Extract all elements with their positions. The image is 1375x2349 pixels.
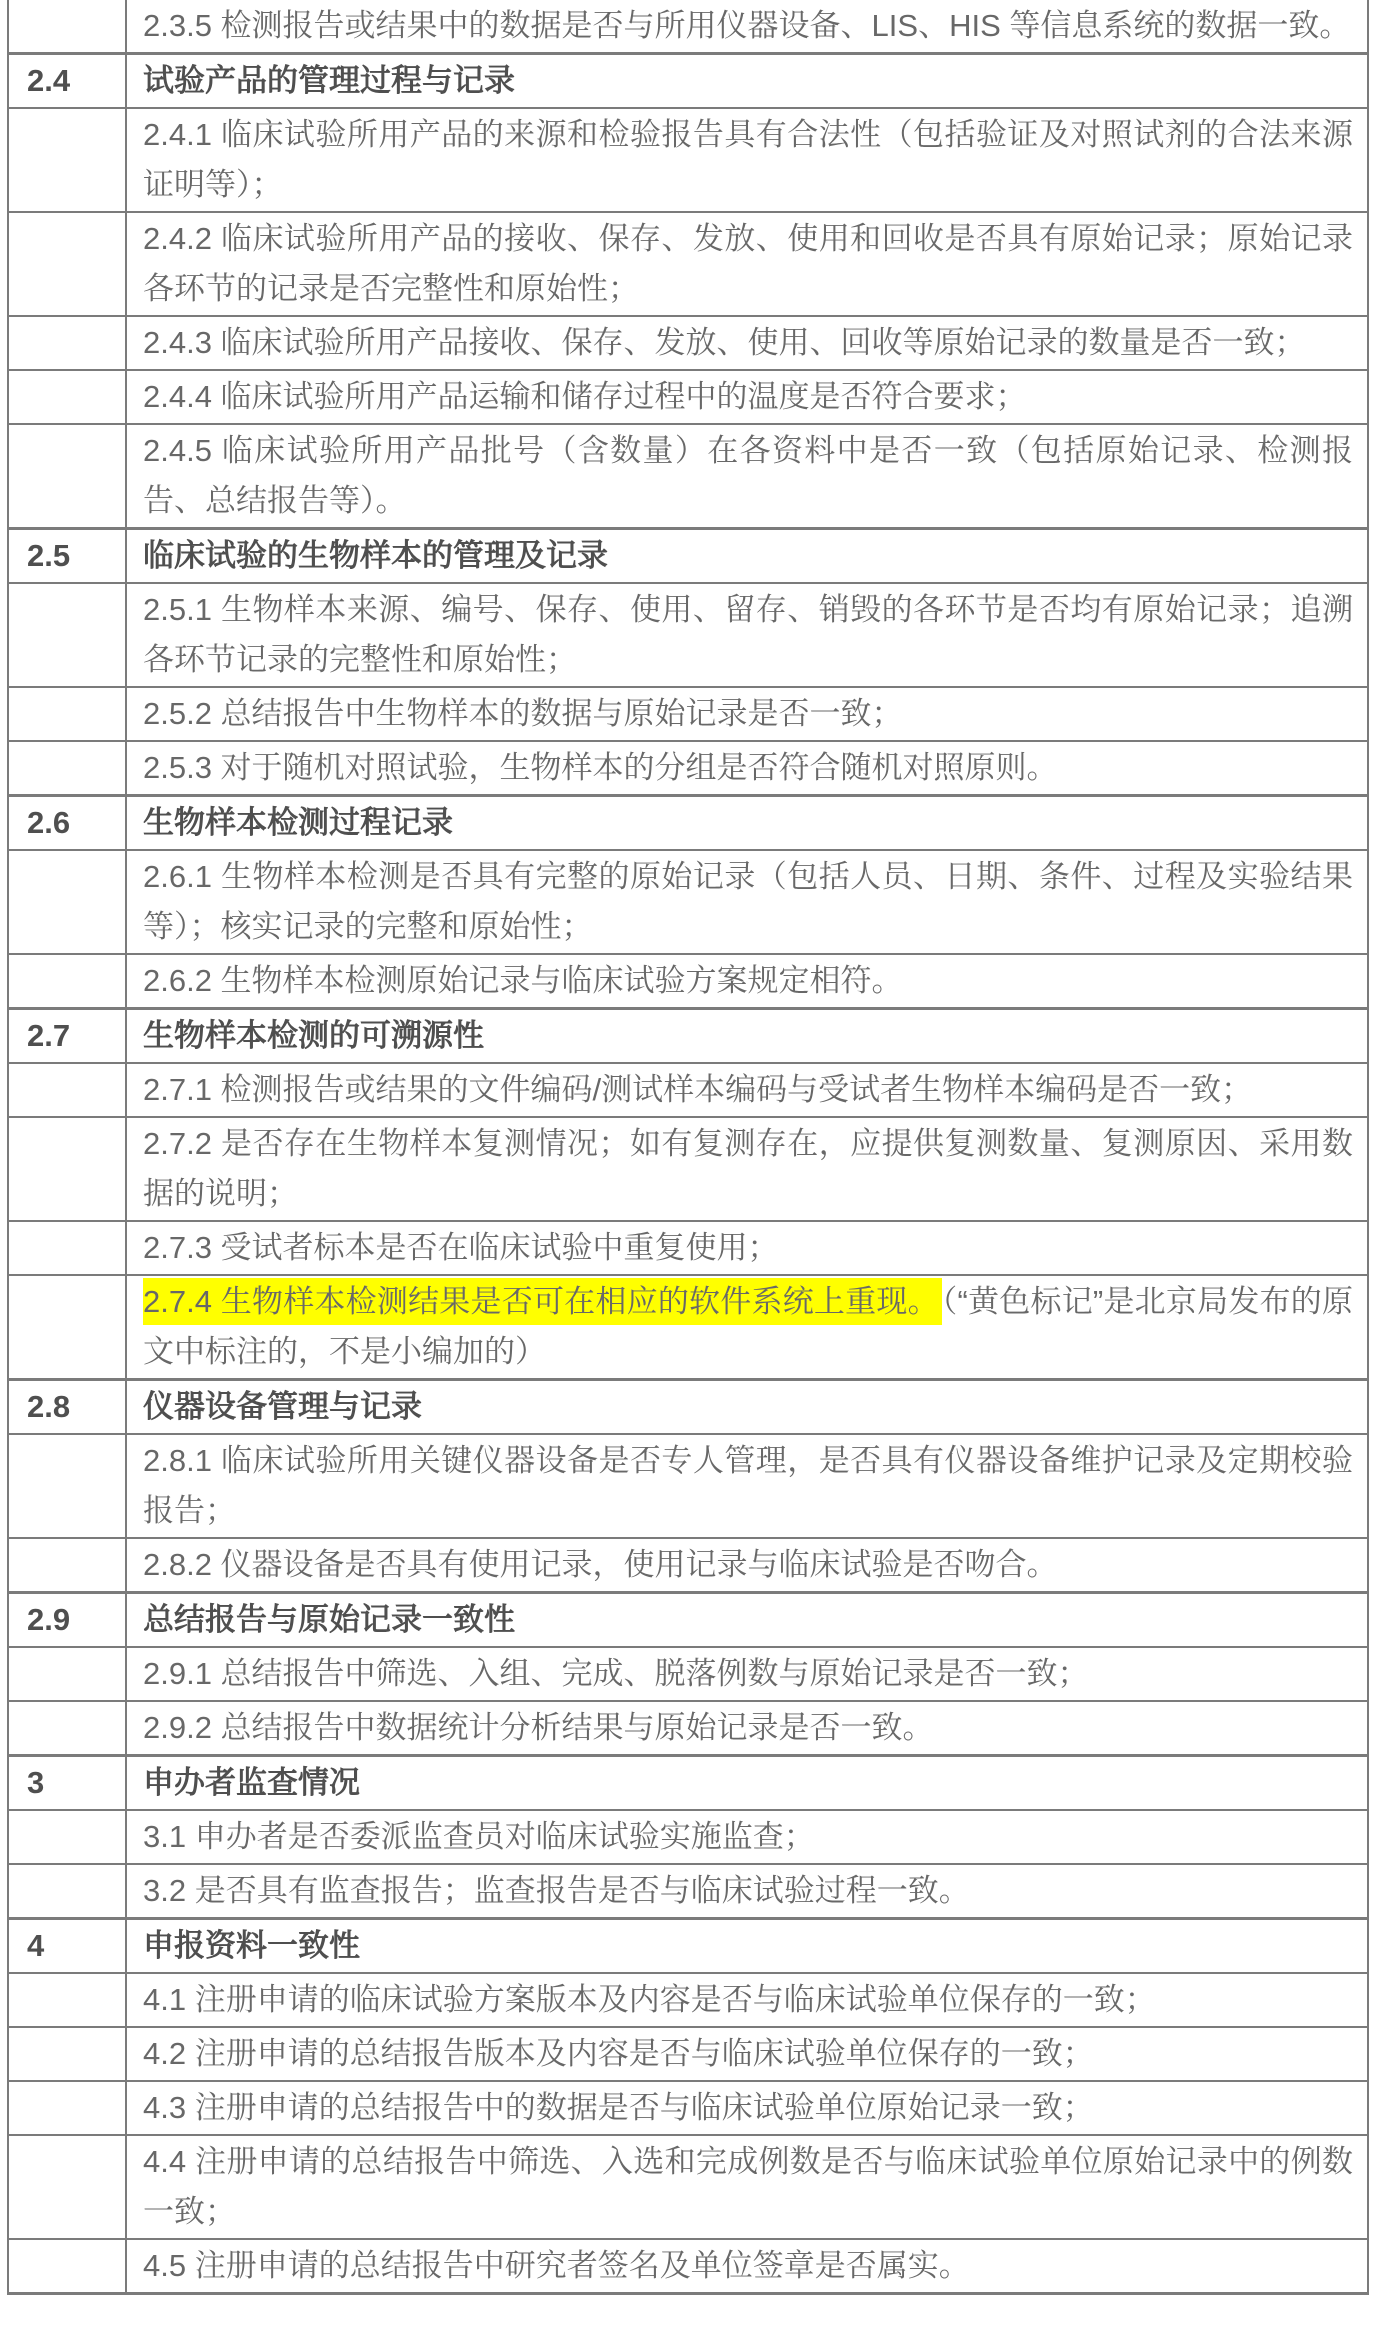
row-number-cell bbox=[8, 1063, 126, 1117]
item-row-4-1: 4.1 注册申请的临床试验方案版本及内容是否与临床试验单位保存的一致； bbox=[8, 1973, 1368, 2027]
row-content-cell: 2.4.3 临床试验所用产品接收、保存、发放、使用、回收等原始记录的数量是否一致… bbox=[126, 316, 1368, 370]
item-row-4-2: 4.2 注册申请的总结报告版本及内容是否与临床试验单位保存的一致； bbox=[8, 2027, 1368, 2081]
row-content-cell: 2.3.5 检测报告或结果中的数据是否与所用仪器设备、LIS、HIS 等信息系统… bbox=[126, 0, 1368, 54]
row-number-cell bbox=[8, 1275, 126, 1380]
section-row-2-4: 2.4 试验产品的管理过程与记录 bbox=[8, 54, 1368, 109]
item-row-2-4-3: 2.4.3 临床试验所用产品接收、保存、发放、使用、回收等原始记录的数量是否一致… bbox=[8, 316, 1368, 370]
row-number-cell bbox=[8, 2239, 126, 2294]
row-number-cell: 3 bbox=[8, 1756, 126, 1811]
row-content-cell: 4.1 注册申请的临床试验方案版本及内容是否与临床试验单位保存的一致； bbox=[126, 1973, 1368, 2027]
item-row-2-5-3: 2.5.3 对于随机对照试验，生物样本的分组是否符合随机对照原则。 bbox=[8, 741, 1368, 796]
section-row-4: 4 申报资料一致性 bbox=[8, 1919, 1368, 1974]
row-content-cell: 2.9.2 总结报告中数据统计分析结果与原始记录是否一致。 bbox=[126, 1701, 1368, 1756]
item-row-3-1: 3.1 申办者是否委派监查员对临床试验实施监查； bbox=[8, 1810, 1368, 1864]
row-number-cell bbox=[8, 1434, 126, 1538]
row-number-cell bbox=[8, 687, 126, 741]
row-content-cell: 2.7.1 检测报告或结果的文件编码/测试样本编码与受试者生物样本编码是否一致； bbox=[126, 1063, 1368, 1117]
item-row-2-5-1: 2.5.1 生物样本来源、编号、保存、使用、留存、销毁的各环节是否均有原始记录；… bbox=[8, 583, 1368, 687]
item-row-2-9-2: 2.9.2 总结报告中数据统计分析结果与原始记录是否一致。 bbox=[8, 1701, 1368, 1756]
row-content-cell: 2.5.1 生物样本来源、编号、保存、使用、留存、销毁的各环节是否均有原始记录；… bbox=[126, 583, 1368, 687]
section-title: 生物样本检测的可溯源性 bbox=[126, 1009, 1368, 1064]
row-number-cell bbox=[8, 2027, 126, 2081]
row-number-cell bbox=[8, 1221, 126, 1275]
section-title: 仪器设备管理与记录 bbox=[126, 1380, 1368, 1435]
section-row-2-7: 2.7 生物样本检测的可溯源性 bbox=[8, 1009, 1368, 1064]
item-row-4-3: 4.3 注册申请的总结报告中的数据是否与临床试验单位原始记录一致； bbox=[8, 2081, 1368, 2135]
section-row-2-8: 2.8 仪器设备管理与记录 bbox=[8, 1380, 1368, 1435]
row-content-cell: 4.5 注册申请的总结报告中研究者签名及单位签章是否属实。 bbox=[126, 2239, 1368, 2294]
row-content-cell: 2.9.1 总结报告中筛选、入组、完成、脱落例数与原始记录是否一致； bbox=[126, 1647, 1368, 1701]
row-content-cell: 4.4 注册申请的总结报告中筛选、入选和完成例数是否与临床试验单位原始记录中的例… bbox=[126, 2135, 1368, 2239]
row-number-cell bbox=[8, 370, 126, 424]
row-content-cell: 4.3 注册申请的总结报告中的数据是否与临床试验单位原始记录一致； bbox=[126, 2081, 1368, 2135]
row-content-cell: 2.6.2 生物样本检测原始记录与临床试验方案规定相符。 bbox=[126, 954, 1368, 1009]
highlighted-text: 2.7.4 生物样本检测结果是否可在相应的软件系统上重现。 bbox=[143, 1278, 942, 1325]
row-content-cell: 2.5.2 总结报告中生物样本的数据与原始记录是否一致； bbox=[126, 687, 1368, 741]
item-row-2-6-1: 2.6.1 生物样本检测是否具有完整的原始记录（包括人员、日期、条件、过程及实验… bbox=[8, 850, 1368, 954]
row-number-cell bbox=[8, 850, 126, 954]
item-row-2-4-5: 2.4.5 临床试验所用产品批号（含数量）在各资料中是否一致（包括原始记录、检测… bbox=[8, 424, 1368, 529]
item-row-2-4-1: 2.4.1 临床试验所用产品的来源和检验报告具有合法性（包括验证及对照试剂的合法… bbox=[8, 108, 1368, 212]
row-number-cell bbox=[8, 1864, 126, 1919]
row-content-cell: 2.8.2 仪器设备是否具有使用记录，使用记录与临床试验是否吻合。 bbox=[126, 1538, 1368, 1593]
row-number-cell: 2.8 bbox=[8, 1380, 126, 1435]
row-number-cell bbox=[8, 2081, 126, 2135]
section-title: 生物样本检测过程记录 bbox=[126, 796, 1368, 851]
item-row-2-7-3: 2.7.3 受试者标本是否在临床试验中重复使用； bbox=[8, 1221, 1368, 1275]
item-row-2-8-1: 2.8.1 临床试验所用关键仪器设备是否专人管理，是否具有仪器设备维护记录及定期… bbox=[8, 1434, 1368, 1538]
row-number-cell bbox=[8, 212, 126, 316]
row-number-cell bbox=[8, 0, 126, 54]
row-content-cell: 2.8.1 临床试验所用关键仪器设备是否专人管理，是否具有仪器设备维护记录及定期… bbox=[126, 1434, 1368, 1538]
section-row-2-6: 2.6 生物样本检测过程记录 bbox=[8, 796, 1368, 851]
row-content-cell: 2.4.2 临床试验所用产品的接收、保存、发放、使用和回收是否具有原始记录；原始… bbox=[126, 212, 1368, 316]
row-content-cell: 2.5.3 对于随机对照试验，生物样本的分组是否符合随机对照原则。 bbox=[126, 741, 1368, 796]
item-row-4-5: 4.5 注册申请的总结报告中研究者签名及单位签章是否属实。 bbox=[8, 2239, 1368, 2294]
item-row-2-7-2: 2.7.2 是否存在生物样本复测情况；如有复测存在，应提供复测数量、复测原因、采… bbox=[8, 1117, 1368, 1221]
section-title: 临床试验的生物样本的管理及记录 bbox=[126, 529, 1368, 584]
item-row-2-7-1: 2.7.1 检测报告或结果的文件编码/测试样本编码与受试者生物样本编码是否一致； bbox=[8, 1063, 1368, 1117]
row-content-cell: 3.2 是否具有监查报告；监查报告是否与临床试验过程一致。 bbox=[126, 1864, 1368, 1919]
item-row-2-7-4: 2.7.4 生物样本检测结果是否可在相应的软件系统上重现。（“黄色标记”是北京局… bbox=[8, 1275, 1368, 1380]
section-row-2-9: 2.9 总结报告与原始记录一致性 bbox=[8, 1593, 1368, 1648]
item-row-2-4-4: 2.4.4 临床试验所用产品运输和储存过程中的温度是否符合要求； bbox=[8, 370, 1368, 424]
section-title: 总结报告与原始记录一致性 bbox=[126, 1593, 1368, 1648]
item-row-2-6-2: 2.6.2 生物样本检测原始记录与临床试验方案规定相符。 bbox=[8, 954, 1368, 1009]
row-content-cell: 2.6.1 生物样本检测是否具有完整的原始记录（包括人员、日期、条件、过程及实验… bbox=[126, 850, 1368, 954]
row-number-cell bbox=[8, 1810, 126, 1864]
section-title: 申办者监查情况 bbox=[126, 1756, 1368, 1811]
row-number-cell bbox=[8, 1973, 126, 2027]
inspection-checklist-table: 2.3.5 检测报告或结果中的数据是否与所用仪器设备、LIS、HIS 等信息系统… bbox=[7, 0, 1369, 2295]
row-number-cell bbox=[8, 316, 126, 370]
row-number-cell bbox=[8, 1117, 126, 1221]
item-row-2-9-1: 2.9.1 总结报告中筛选、入组、完成、脱落例数与原始记录是否一致； bbox=[8, 1647, 1368, 1701]
row-number-cell bbox=[8, 741, 126, 796]
row-number-cell bbox=[8, 583, 126, 687]
row-number-cell bbox=[8, 1701, 126, 1756]
item-row-2-4-2: 2.4.2 临床试验所用产品的接收、保存、发放、使用和回收是否具有原始记录；原始… bbox=[8, 212, 1368, 316]
row-number-cell: 2.5 bbox=[8, 529, 126, 584]
row-content-cell: 2.4.4 临床试验所用产品运输和储存过程中的温度是否符合要求； bbox=[126, 370, 1368, 424]
row-number-cell: 2.4 bbox=[8, 54, 126, 109]
item-row-2-3-5: 2.3.5 检测报告或结果中的数据是否与所用仪器设备、LIS、HIS 等信息系统… bbox=[8, 0, 1368, 54]
row-content-cell: 3.1 申办者是否委派监查员对临床试验实施监查； bbox=[126, 1810, 1368, 1864]
item-row-4-4: 4.4 注册申请的总结报告中筛选、入选和完成例数是否与临床试验单位原始记录中的例… bbox=[8, 2135, 1368, 2239]
row-content-cell: 2.7.3 受试者标本是否在临床试验中重复使用； bbox=[126, 1221, 1368, 1275]
section-title: 试验产品的管理过程与记录 bbox=[126, 54, 1368, 109]
row-number-cell bbox=[8, 1538, 126, 1593]
row-content-cell: 2.7.2 是否存在生物样本复测情况；如有复测存在，应提供复测数量、复测原因、采… bbox=[126, 1117, 1368, 1221]
row-number-cell: 2.6 bbox=[8, 796, 126, 851]
row-number-cell bbox=[8, 954, 126, 1009]
row-number-cell bbox=[8, 1647, 126, 1701]
row-number-cell: 4 bbox=[8, 1919, 126, 1974]
row-number-cell: 2.7 bbox=[8, 1009, 126, 1064]
section-row-3: 3 申办者监查情况 bbox=[8, 1756, 1368, 1811]
row-content-cell: 2.7.4 生物样本检测结果是否可在相应的软件系统上重现。（“黄色标记”是北京局… bbox=[126, 1275, 1368, 1380]
item-row-2-5-2: 2.5.2 总结报告中生物样本的数据与原始记录是否一致； bbox=[8, 687, 1368, 741]
item-row-3-2: 3.2 是否具有监查报告；监查报告是否与临床试验过程一致。 bbox=[8, 1864, 1368, 1919]
section-title: 申报资料一致性 bbox=[126, 1919, 1368, 1974]
item-row-2-8-2: 2.8.2 仪器设备是否具有使用记录，使用记录与临床试验是否吻合。 bbox=[8, 1538, 1368, 1593]
row-content-cell: 4.2 注册申请的总结报告版本及内容是否与临床试验单位保存的一致； bbox=[126, 2027, 1368, 2081]
row-number-cell bbox=[8, 424, 126, 529]
row-number-cell bbox=[8, 108, 126, 212]
row-content-cell: 2.4.5 临床试验所用产品批号（含数量）在各资料中是否一致（包括原始记录、检测… bbox=[126, 424, 1368, 529]
row-number-cell: 2.9 bbox=[8, 1593, 126, 1648]
row-content-cell: 2.4.1 临床试验所用产品的来源和检验报告具有合法性（包括验证及对照试剂的合法… bbox=[126, 108, 1368, 212]
row-number-cell bbox=[8, 2135, 126, 2239]
section-row-2-5: 2.5 临床试验的生物样本的管理及记录 bbox=[8, 529, 1368, 584]
